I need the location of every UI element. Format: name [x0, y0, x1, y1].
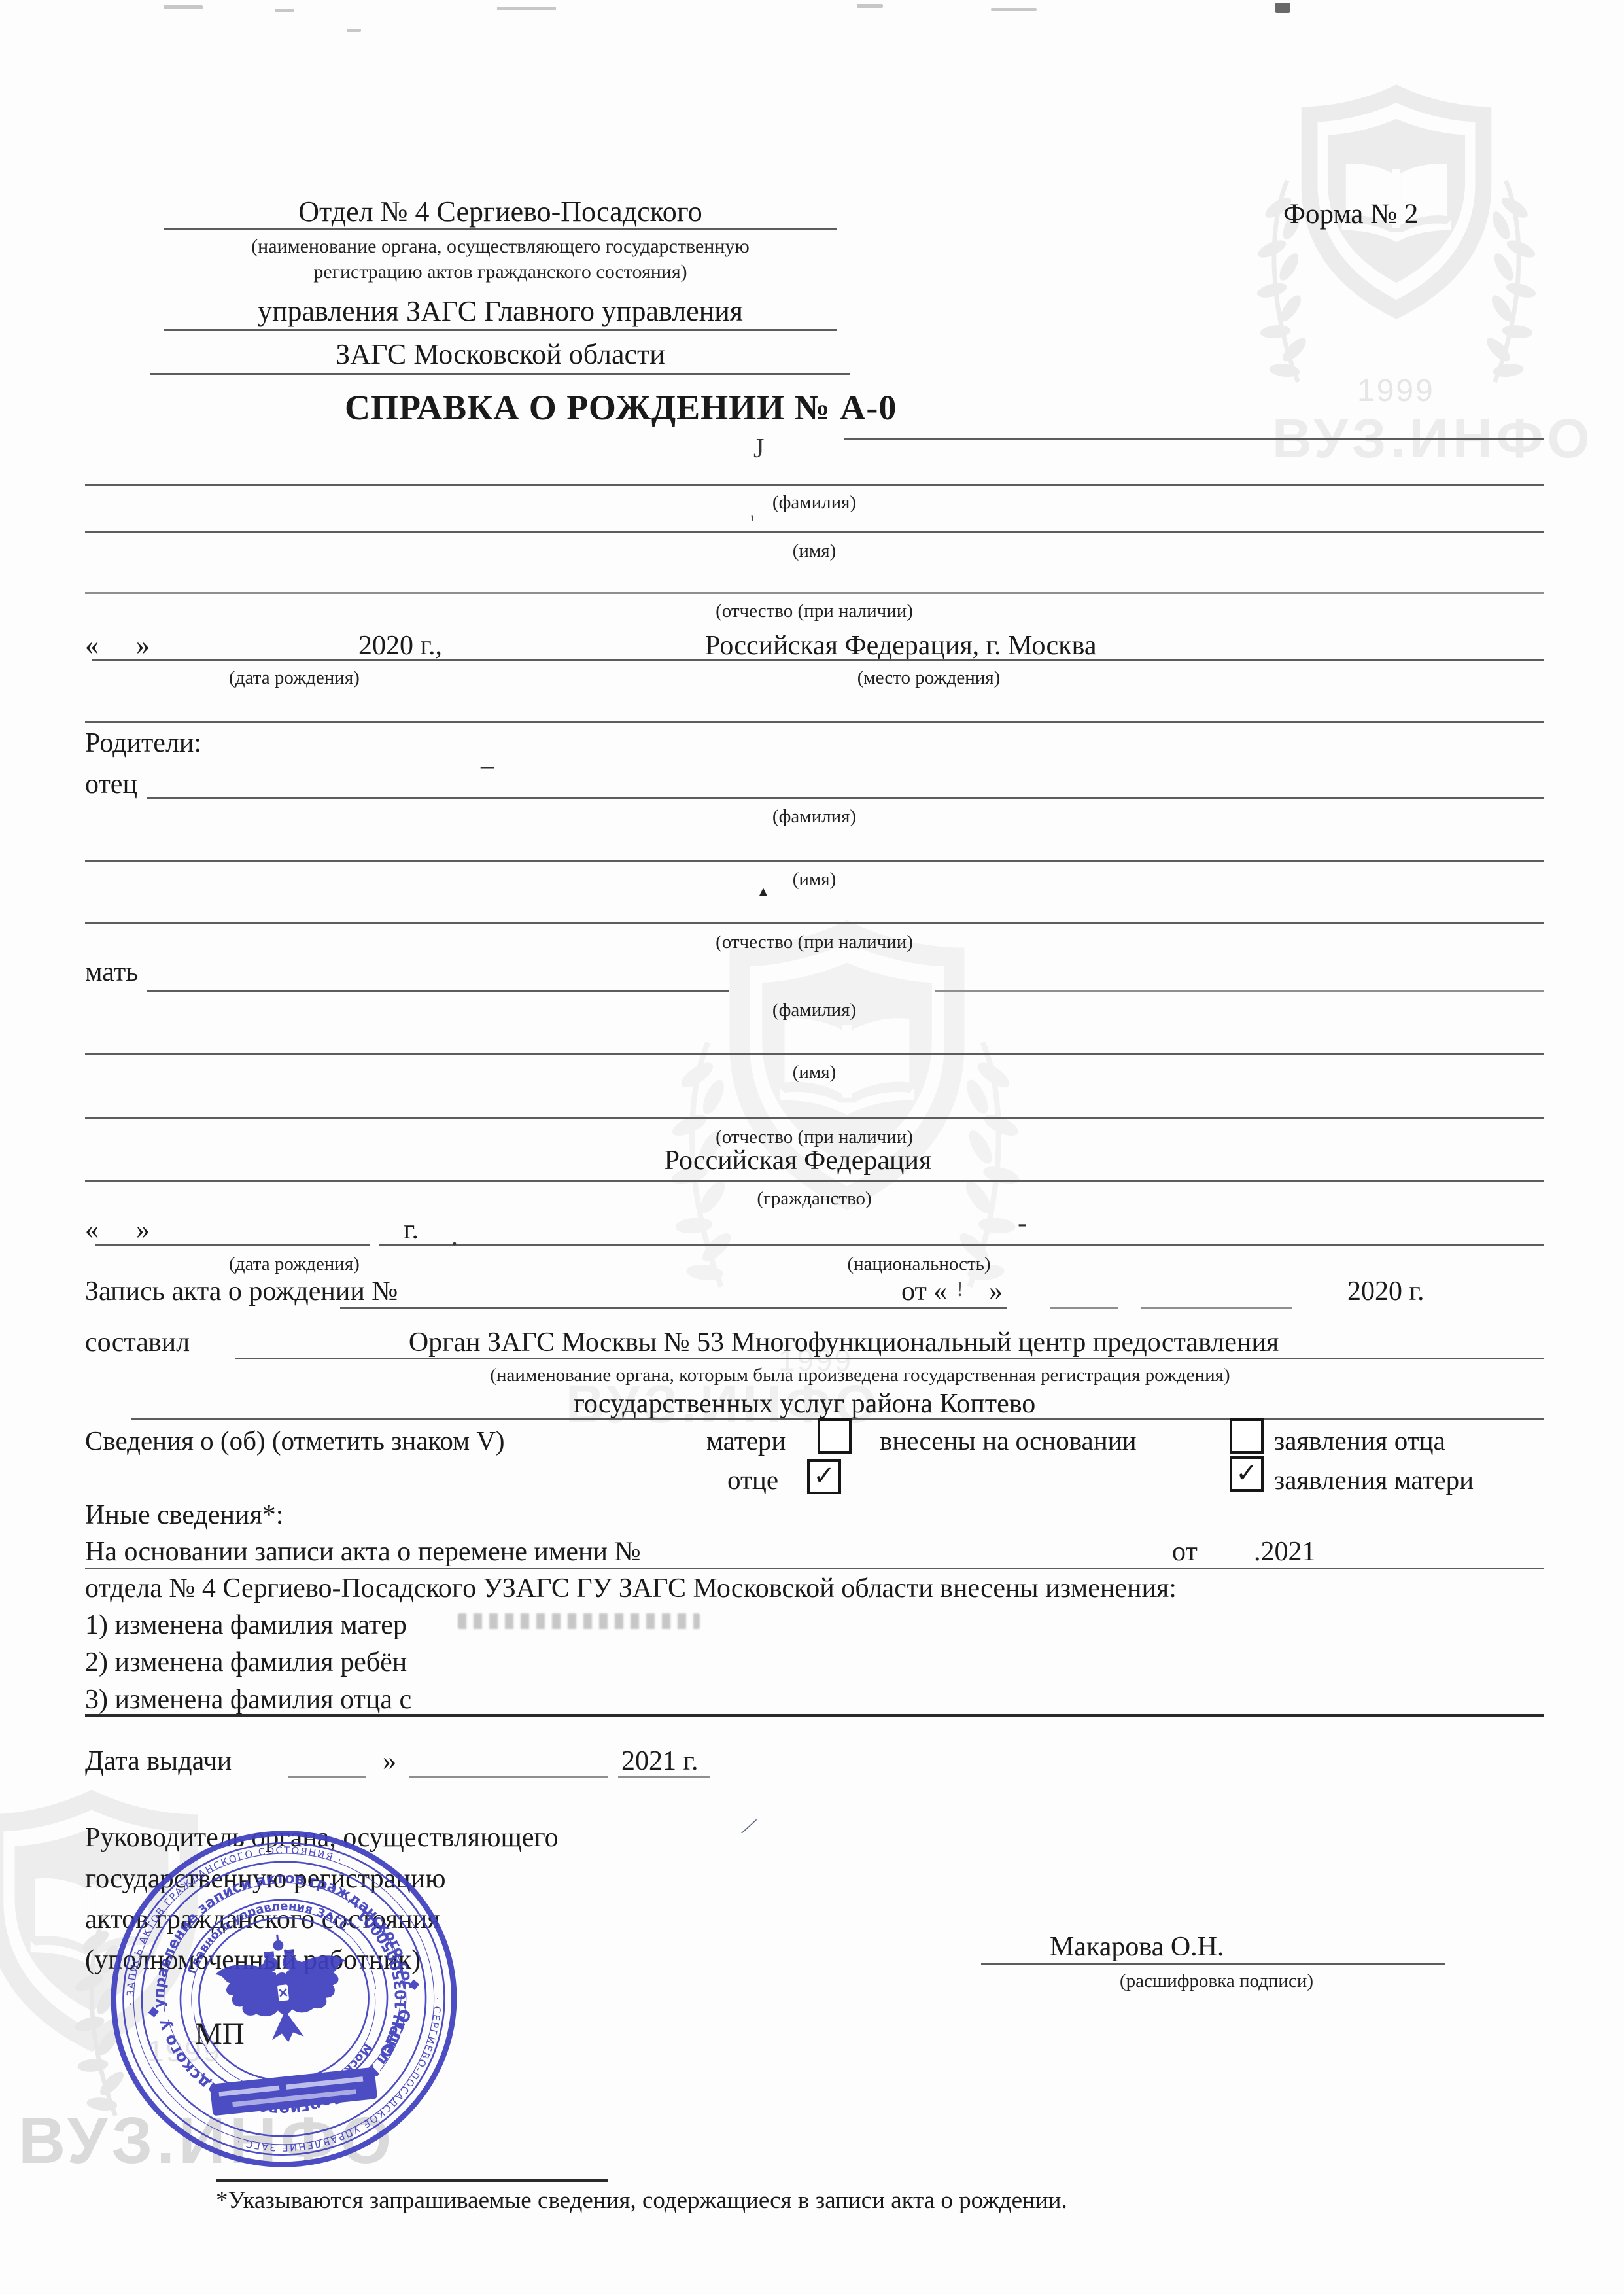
org-name-line1: Отдел № 4 Сергиево-Посадского	[164, 195, 837, 228]
scan-artifact	[857, 4, 883, 8]
label-name: (имя)	[85, 1062, 1544, 1083]
footnote-text: *Указываются запрашиваемые сведения, сод…	[216, 2186, 1067, 2215]
signature-rule	[981, 1963, 1445, 1965]
mother-birth-quote-open: «	[85, 1214, 99, 1246]
label-patronymic: (отчество (при наличии)	[85, 601, 1544, 622]
watermark-year-top-right: 1999	[1357, 373, 1435, 409]
separator-line	[85, 721, 1544, 723]
checkline-prefix: Сведения о (об) (отметить знаком V)	[85, 1425, 505, 1456]
registering-org-line1-rule	[235, 1358, 1544, 1359]
child-name-line	[85, 531, 1544, 533]
child-patronymic-line	[85, 592, 1544, 594]
birth-date-quote-open: «	[85, 630, 99, 661]
section-rule	[85, 1714, 1544, 1717]
mother-surname-line-b	[935, 990, 1544, 992]
other-info-heading: Иные сведения*:	[85, 1499, 283, 1531]
checkline-father-label: отце	[727, 1464, 778, 1496]
scan-artifact	[497, 7, 556, 10]
issue-day-line	[288, 1776, 366, 1778]
org-name-hint1: (наименование органа, осуществляющего го…	[164, 236, 837, 258]
issue-month-line	[409, 1776, 608, 1778]
record-month-line	[1141, 1307, 1292, 1309]
check-mark: ✓	[813, 1461, 835, 1491]
birth-row-line	[92, 659, 1544, 661]
header-rule	[150, 373, 850, 375]
other-info-line2: отдела № 4 Сергиево-Посадского УЗАГС ГУ …	[85, 1573, 1177, 1604]
scan-artifact	[1275, 3, 1290, 13]
label-surname: (фамилия)	[85, 806, 1544, 828]
mother-label: мать	[85, 956, 138, 988]
registering-org-hint: (наименование органа, которым была произ…	[177, 1365, 1544, 1386]
doc-title: СПРАВКА О РОЖДЕНИИ № А-0	[345, 387, 897, 428]
record-from-close: »	[989, 1276, 1003, 1307]
parents-heading: Родители:	[85, 727, 201, 759]
doc-title-number: А-0	[840, 388, 897, 427]
org-name-line3: ЗАГС Московской области	[164, 338, 837, 371]
child-surname-line	[85, 484, 1544, 486]
redacted-text	[458, 1613, 700, 1629]
stray-dash: -	[1018, 1208, 1027, 1239]
record-prefix: Запись акта о рождении №	[85, 1276, 398, 1307]
father-patronymic-line	[85, 922, 1544, 924]
header-rule	[164, 228, 837, 230]
stray-mark: !	[956, 1277, 963, 1302]
stray-caret: ▲	[757, 885, 770, 900]
birth-date-quote-close: »	[136, 630, 150, 661]
form-number: Форма № 2	[1283, 198, 1418, 230]
record-year: 2020 г.	[1347, 1276, 1425, 1307]
father-statement-label: заявления отца	[1274, 1425, 1445, 1456]
scan-artifact	[275, 9, 294, 12]
mother-birth-year-letter: г.	[404, 1214, 419, 1246]
seal-place-mark: МП	[195, 2016, 245, 2052]
scan-artifact	[991, 8, 1037, 11]
doc-title-text: СПРАВКА О РОЖДЕНИИ №	[345, 388, 831, 427]
stamp-diamond-left	[148, 2006, 159, 2017]
stray-slash: ∕	[744, 1812, 753, 1841]
check-mark: ✓	[1235, 1458, 1258, 1488]
birth-year-value: 2020 г.,	[358, 630, 442, 661]
mother-patronymic-line	[85, 1117, 1544, 1119]
mother-statement-label: заявления матери	[1274, 1464, 1474, 1496]
official-round-stamp: · ЗАПИСЬ АКТОВ ГРАЖДАНСКОГО СОСТОЯНИЯ · …	[105, 1827, 463, 2171]
org-name-line2: управления ЗАГС Главного управления	[164, 294, 837, 328]
stray-dash: –	[481, 750, 494, 780]
redacted-mark: J	[753, 433, 764, 464]
label-citizenship: (гражданство)	[85, 1188, 1544, 1210]
header-rule	[164, 329, 837, 331]
citizenship-line	[85, 1180, 1544, 1182]
mother-birth-quote-close: »	[136, 1214, 150, 1246]
checkbox-mother-statement: ✓	[1230, 1456, 1264, 1492]
other-info-rule	[85, 1568, 1544, 1569]
father-name-line	[85, 860, 1544, 862]
title-underline	[844, 438, 1544, 440]
change-item-2: 2) изменена фамилия ребён	[85, 1647, 407, 1678]
signature-hint: (расшифровка подписи)	[1020, 1971, 1413, 1992]
record-from-open: от «	[901, 1276, 947, 1307]
record-number-line	[340, 1307, 1007, 1309]
label-surname: (фамилия)	[85, 1000, 1544, 1021]
issue-year: 2021 г.	[621, 1745, 699, 1777]
mother-birth-line-a	[95, 1244, 370, 1246]
record-day-line	[1050, 1307, 1118, 1309]
change-item-1: 1) изменена фамилия матер	[85, 1609, 407, 1641]
label-name: (имя)	[85, 540, 1544, 562]
label-surname: (фамилия)	[85, 492, 1544, 514]
registering-org-line2: государственных услуг района Коптево	[92, 1388, 1517, 1420]
father-surname-line	[147, 797, 1544, 799]
stray-dot: .	[451, 1221, 458, 1252]
registering-org-line1: Орган ЗАГС Москвы № 53 Многофункциональн…	[144, 1327, 1544, 1358]
watermark-shield-top-right	[1246, 75, 1547, 402]
other-info-line1: На основании записи акта о перемене имен…	[85, 1536, 641, 1568]
other-info-from: от	[1172, 1536, 1198, 1568]
citizenship-value: Российская Федерация	[85, 1145, 1511, 1176]
label-nationality: (национальность)	[808, 1253, 1030, 1275]
label-birth-place: (место рождения)	[818, 667, 1040, 689]
org-name-hint2: регистрацию актов гражданского состояния…	[164, 261, 837, 283]
other-info-year: .2021	[1254, 1536, 1316, 1568]
label-birth-date: (дата рождения)	[183, 667, 406, 689]
father-label: отец	[85, 769, 137, 800]
label-name: (имя)	[85, 869, 1544, 890]
issue-quote-close: »	[383, 1745, 396, 1777]
label-birth-date: (дата рождения)	[183, 1253, 406, 1275]
scan-artifact	[347, 29, 361, 32]
checkline-middle: внесены на основании	[880, 1425, 1137, 1456]
mother-birth-line-b	[379, 1244, 1544, 1246]
birth-place-value: Российская Федерация, г. Москва	[705, 630, 1096, 661]
checkbox-father-statement	[1230, 1418, 1264, 1454]
issue-year-line	[618, 1776, 710, 1778]
mother-surname-line-a	[147, 990, 729, 992]
mother-name-line	[85, 1053, 1544, 1055]
scan-artifact	[164, 5, 203, 9]
footnote-rule	[216, 2179, 608, 2182]
label-patronymic: (отчество (при наличии)	[85, 932, 1544, 953]
checkbox-mother	[818, 1418, 852, 1454]
issue-date-label: Дата выдачи	[85, 1745, 232, 1777]
change-item-3: 3) изменена фамилия отца с	[85, 1684, 411, 1715]
checkline-mother-label: матери	[706, 1425, 786, 1456]
checkbox-father: ✓	[807, 1459, 841, 1494]
signatory-name: Макарова О.Н.	[1050, 1931, 1224, 1963]
